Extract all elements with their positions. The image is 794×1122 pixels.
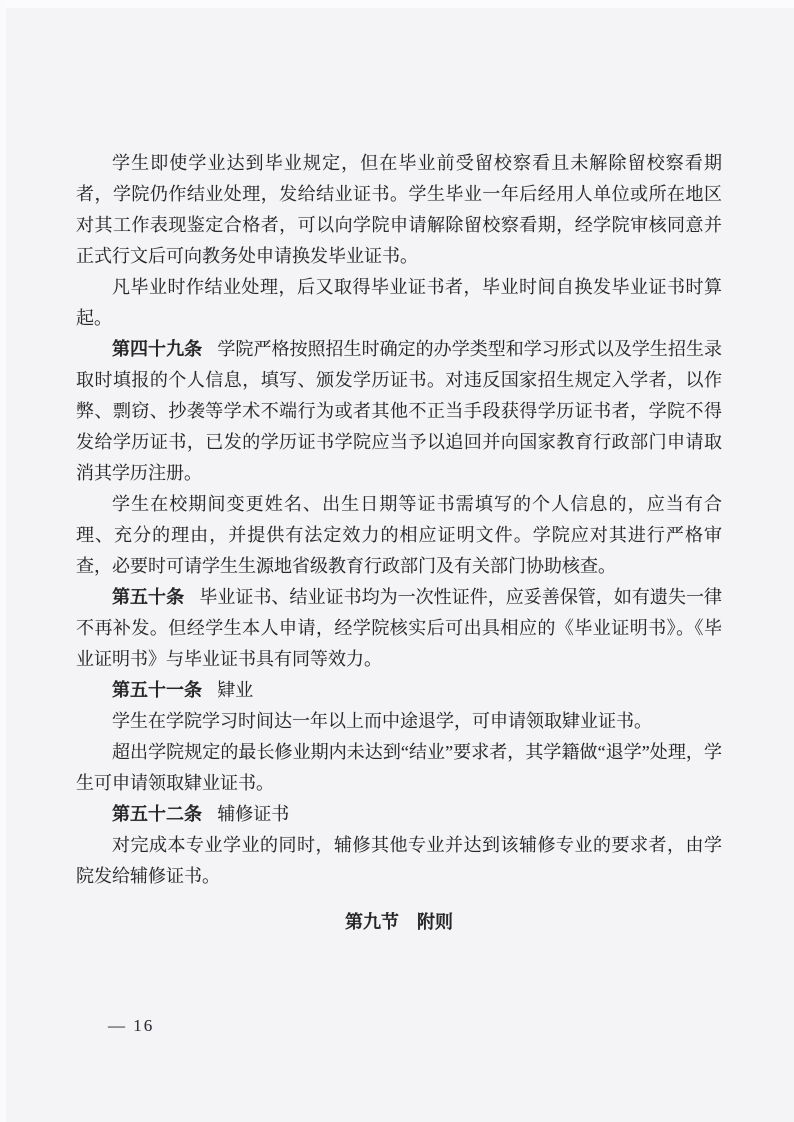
article-number: 第五十二条 xyxy=(112,804,202,824)
body-paragraph: 凡毕业时作结业处理，后又取得毕业证书者，毕业时间自换发毕业证书时算起。 xyxy=(76,272,722,334)
body-paragraph: 学生即使学业达到毕业规定，但在毕业前受留校察看且未解除留校察看期者，学院仍作结业… xyxy=(76,148,722,272)
article-number: 第四十九条 xyxy=(112,339,202,359)
article-paragraph: 第五十二条辅修证书 xyxy=(76,799,722,830)
article-paragraph: 第五十一条肄业 xyxy=(76,675,722,706)
document-body: 学生即使学业达到毕业规定，但在毕业前受留校察看且未解除留校察看期者，学院仍作结业… xyxy=(76,148,722,938)
body-paragraph: 学生在校期间变更姓名、出生日期等证书需填写的个人信息的，应当有合理、充分的理由，… xyxy=(76,489,722,582)
section-heading: 第九节 附则 xyxy=(76,907,722,938)
scan-edge-top xyxy=(0,0,794,8)
article-number: 第五十一条 xyxy=(112,680,202,700)
body-paragraph: 超出学院规定的最长修业期内未达到“结业”要求者，其学籍做“退学”处理，学生可申请… xyxy=(76,737,722,799)
page-number: — 16 xyxy=(108,1016,154,1036)
body-paragraph: 对完成本专业学业的同时，辅修其他专业并达到该辅修专业的要求者，由学院发给辅修证书… xyxy=(76,830,722,892)
article-paragraph: 第四十九条学院严格按照招生时确定的办学类型和学习形式以及学生招生录取时填报的个人… xyxy=(76,334,722,489)
article-paragraph: 第五十条毕业证书、结业证书均为一次性证件，应妥善保管，如有遗失一律不再补发。但经… xyxy=(76,582,722,675)
article-number: 第五十条 xyxy=(112,587,184,607)
scan-edge-left xyxy=(0,0,6,1122)
body-paragraph: 学生在学院学习时间达一年以上而中途退学，可申请领取肄业证书。 xyxy=(76,706,722,737)
scanned-document-page: { "page": { "background_color": "#f4f4f7… xyxy=(0,0,794,1122)
